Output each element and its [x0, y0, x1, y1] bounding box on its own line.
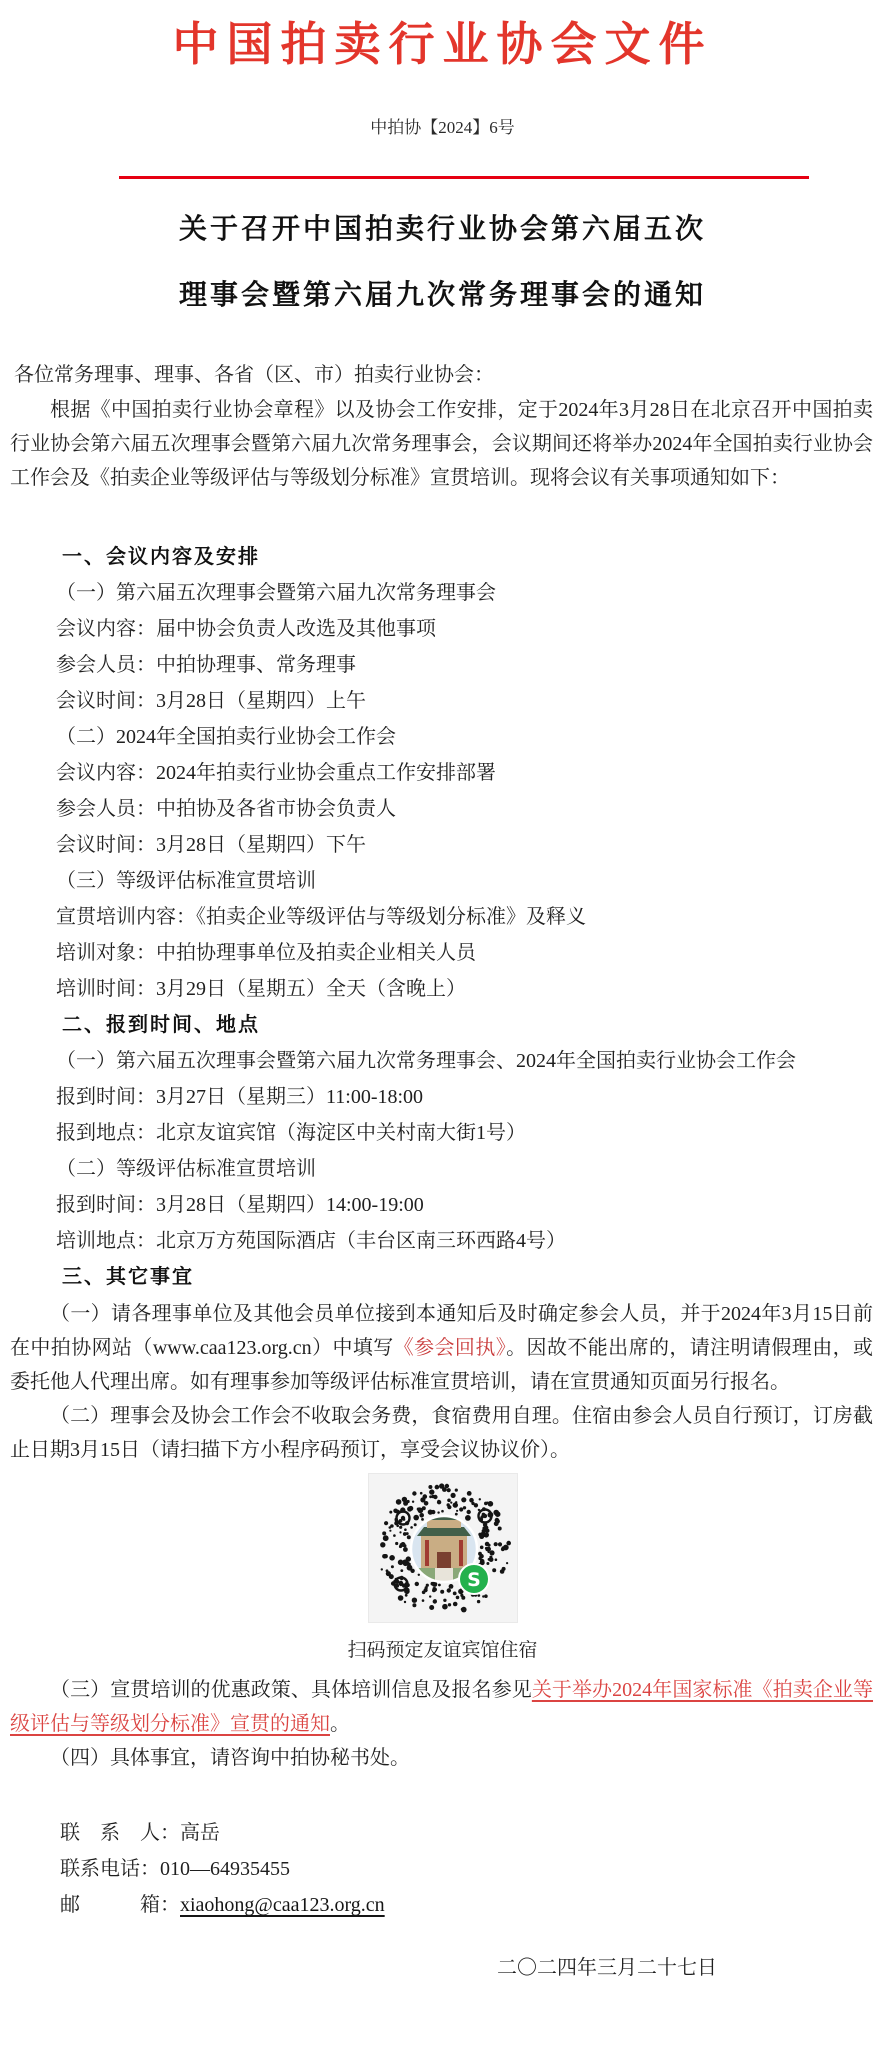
contact-phone-value: 010—64935455 — [160, 1858, 290, 1880]
schedule-line: 报到时间：3月27日（星期三）11:00-18:00 — [6, 1079, 879, 1115]
document-page: 中国拍卖行业协会文件 中拍协【2024】6号 关于召开中国拍卖行业协会第六届五次… — [0, 0, 885, 2064]
schedule-line: 一、会议内容及安排 — [6, 539, 879, 575]
contact-email-link[interactable]: xiaohong@caa123.org.cn — [180, 1894, 385, 1916]
item3-text-pre: （三）宣贯培训的优惠政策、具体培训信息及报名参见 — [50, 1679, 532, 1701]
schedule-line: 培训地点：北京万方苑国际酒店（丰台区南三环西路4号） — [6, 1223, 879, 1259]
schedule-line: 会议时间：3月28日（星期四）下午 — [6, 827, 879, 863]
schedule-line: 参会人员：中拍协及各省市协会负责人 — [6, 791, 879, 827]
other-matters-item3: （三）宣贯培训的优惠政策、具体培训信息及报名参见关于举办2024年国家标准《拍卖… — [6, 1673, 879, 1741]
schedule-line: 培训对象：中拍协理事单位及拍卖企业相关人员 — [6, 935, 879, 971]
red-divider-line — [119, 176, 809, 179]
schedule-line: 三、其它事宜 — [6, 1259, 879, 1295]
qr-block: S — [6, 1473, 879, 1629]
qr-caption: 扫码预定友谊宾馆住宿 — [6, 1637, 879, 1665]
schedule-line: （一）第六届五次理事会暨第六届九次常务理事会、2024年全国拍卖行业协会工作会 — [6, 1043, 879, 1079]
doc-number: 中拍协【2024】6号 — [6, 116, 879, 140]
schedule-line: 宣贯培训内容：《拍卖企业等级评估与等级划分标准》及释义 — [6, 899, 879, 935]
wechat-miniprogram-qr-icon: S — [368, 1473, 518, 1623]
notice-title: 关于召开中国拍卖行业协会第六届五次 理事会暨第六届九次常务理事会的通知 — [6, 197, 879, 329]
schedule-line: 参会人员：中拍协理事、常务理事 — [6, 647, 879, 683]
org-title: 中国拍卖行业协会文件 — [6, 20, 879, 68]
contact-email-label: 邮 箱： — [60, 1894, 180, 1916]
schedule-line: 二、报到时间、地点 — [6, 1007, 879, 1043]
schedule-list: 一、会议内容及安排（一）第六届五次理事会暨第六届九次常务理事会会议内容：届中协会… — [6, 539, 879, 1295]
schedule-line: 会议内容：2024年拍卖行业协会重点工作安排部署 — [6, 755, 879, 791]
contact-block: 联 系 人：高岳 联系电话：010—64935455 邮 箱：xiaohong@… — [6, 1815, 879, 1923]
contact-person-value: 高岳 — [180, 1822, 220, 1844]
qr-code-image: S — [369, 1474, 519, 1624]
schedule-line: 报到地点：北京友谊宾馆（海淀区中关村南大街1号） — [6, 1115, 879, 1151]
svg-text:S: S — [467, 1569, 481, 1591]
schedule-line: （二）2024年全国拍卖行业协会工作会 — [6, 719, 879, 755]
schedule-line: （二）等级评估标准宣贯培训 — [6, 1151, 879, 1187]
schedule-line: 会议时间：3月28日（星期四）上午 — [6, 683, 879, 719]
other-matters-item4: （四）具体事宜，请咨询中拍协秘书处。 — [6, 1741, 879, 1775]
contact-phone-line: 联系电话：010—64935455 — [6, 1851, 879, 1887]
contact-email-line: 邮 箱：xiaohong@caa123.org.cn — [6, 1887, 879, 1923]
salutation: 各位常务理事、理事、各省（区、市）拍卖行业协会： — [6, 357, 879, 393]
intro-paragraph: 根据《中国拍卖行业协会章程》以及协会工作安排，定于2024年3月28日在北京召开… — [6, 393, 879, 495]
schedule-line: 报到时间：3月28日（星期四）14:00-19:00 — [6, 1187, 879, 1223]
schedule-line: （三）等级评估标准宣贯培训 — [6, 863, 879, 899]
contact-person-line: 联 系 人：高岳 — [6, 1815, 879, 1851]
notice-title-line2: 理事会暨第六届九次常务理事会的通知 — [6, 263, 879, 329]
other-matters-item1: （一）请各理事单位及其他会员单位接到本通知后及时确定参会人员，并于2024年3月… — [6, 1297, 879, 1399]
schedule-line: 会议内容：届中协会负责人改选及其他事项 — [6, 611, 879, 647]
reply-receipt-text: 《参会回执》 — [394, 1337, 506, 1359]
item3-text-post: 。 — [330, 1713, 350, 1735]
notice-title-line1: 关于召开中国拍卖行业协会第六届五次 — [6, 197, 879, 263]
schedule-line: 培训时间：3月29日（星期五）全天（含晚上） — [6, 971, 879, 1007]
schedule-line: （一）第六届五次理事会暨第六届九次常务理事会 — [6, 575, 879, 611]
document-date: 二〇二四年三月二十七日 — [6, 1951, 879, 1985]
wechat-icon: S — [459, 1564, 489, 1594]
other-matters-item2: （二）理事会及协会工作会不收取会务费，食宿费用自理。住宿由参会人员自行预订，订房… — [6, 1399, 879, 1467]
contact-person-label: 联 系 人： — [60, 1822, 180, 1844]
contact-phone-label: 联系电话： — [60, 1858, 160, 1880]
